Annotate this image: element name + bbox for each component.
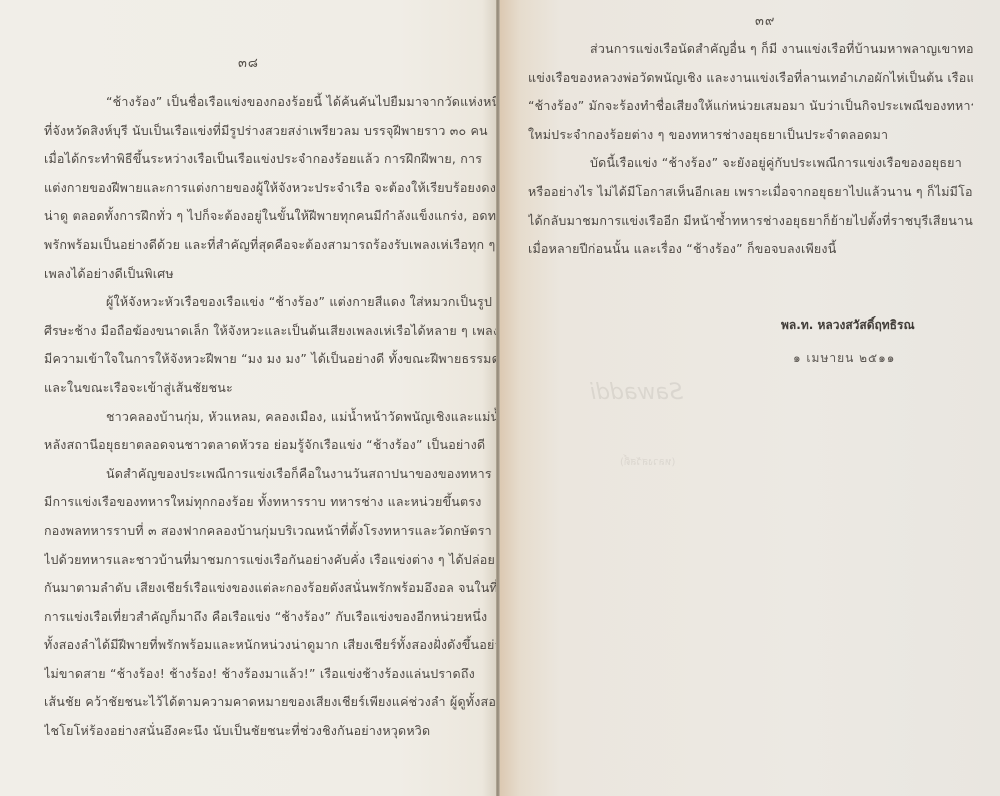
text-line: ศีรษะช้าง มือถือฆ้องขนาดเล็ก ให้จังหวะแล… [44, 317, 496, 346]
text-line: น่าดู ตลอดทั้งการฝึกทั่ว ๆ ไปก็จะต้องอยู… [44, 202, 496, 231]
signature-block: พล.ท. หลวงสวัสดิ์ฤทธิรณ ๑ เมษายน ๒๕๑๑ [781, 316, 915, 368]
signature-date: ๑ เมษายน ๒๕๑๑ [781, 349, 915, 368]
open-book-spread: ๓๘ “ช้างร้อง” เป็นชื่อเรือแข่งของกองร้อย… [0, 0, 1000, 796]
text-line: หรืออย่างไร ไม่ได้มีโอกาสเห็นอีกเลย เพรา… [528, 178, 973, 207]
left-page: ๓๘ “ช้างร้อง” เป็นชื่อเรือแข่งของกองร้อย… [0, 0, 497, 796]
text-line: กองพลทหารราบที่ ๓ สองฟากคลองบ้านกุ่มบริเ… [44, 517, 496, 546]
text-line: มีความเข้าใจในการให้จังหวะฝีพาย “มง มง ม… [44, 345, 496, 374]
text-line: ไม่ขาดสาย “ช้างร้อง! ช้างร้อง! ช้างร้องม… [44, 660, 496, 689]
text-line: กันมาตามลำดับ เสียงเชียร์เรือแข่งของแต่ล… [44, 574, 496, 603]
text-line: มีการแข่งเรือของทหารใหม่ทุกกองร้อย ทั้งท… [44, 488, 496, 517]
text-line: เมื่อหลายปีก่อนนั้น และเรื่อง “ช้างร้อง”… [528, 235, 973, 264]
text-line: แข่งเรือของหลวงพ่อวัดพนัญเชิง และงานแข่ง… [528, 64, 973, 93]
text-line: เมื่อได้กระทำพิธีขึ้นระหว่างเรือเป็นเรือ… [44, 145, 496, 174]
text-line: การแข่งเรือเที่ยวสำคัญก็มาถึง คือเรือแข่… [44, 603, 496, 632]
text-line: เส้นชัย คว้าชัยชนะไว้ได้ตามความคาดหมายขอ… [44, 688, 496, 717]
left-page-body: “ช้างร้อง” เป็นชื่อเรือแข่งของกองร้อยนี้… [44, 88, 496, 746]
text-line: ใหม่ประจำกองร้อยต่าง ๆ ของทหารช่างอยุธยา… [528, 121, 973, 150]
text-line: ผู้ให้จังหวะหัวเรือของเรือแข่ง “ช้างร้อง… [44, 288, 496, 317]
text-line: แต่งกายของฝีพายและการแต่งกายของผู้ให้จัง… [44, 174, 496, 203]
text-line: ได้กลับมาชมการแข่งเรืออีก มีหน้าซ้ำทหารช… [528, 207, 973, 236]
page-number: ๓๘ [238, 52, 259, 73]
text-line: บัดนี้เรือแข่ง “ช้างร้อง” จะยังอยู่คู่กั… [528, 149, 973, 178]
show-through-signature: Sawaddi [590, 380, 683, 405]
page-number: ๓๙ [755, 10, 775, 31]
text-line: ที่จังหวัดสิงห์บุรี นับเป็นเรือแข่งที่มี… [44, 117, 496, 146]
text-line: พรักพร้อมเป็นอย่างดีด้วย และที่สำคัญที่ส… [44, 231, 496, 260]
right-page: ๓๙ ส่วนการแข่งเรือนัดสำคัญอื่น ๆ ก็มี งา… [500, 0, 1000, 796]
right-page-body: ส่วนการแข่งเรือนัดสำคัญอื่น ๆ ก็มี งานแข… [528, 35, 973, 264]
text-line: ไชโยโห่ร้องอย่างสนั่นอึงคะนึง นับเป็นชัย… [44, 717, 496, 746]
author-name: พล.ท. หลวงสวัสดิ์ฤทธิรณ [781, 316, 915, 335]
text-line: และในขณะเรือจะเข้าสู่เส้นชัยชนะ [44, 374, 496, 403]
text-line: “ช้างร้อง” เป็นชื่อเรือแข่งของกองร้อยนี้… [44, 88, 496, 117]
text-line: เพลงได้อย่างดีเป็นพิเศษ [44, 260, 496, 289]
text-line: ไปด้วยทหารและชาวบ้านที่มาชมการแข่งเรือกั… [44, 546, 496, 575]
text-line: หลังสถานีอยุธยาตลอดจนชาวตลาดหัวรอ ย่อมรู… [44, 431, 496, 460]
text-line: ส่วนการแข่งเรือนัดสำคัญอื่น ๆ ก็มี งานแข… [528, 35, 973, 64]
text-line: ชาวคลองบ้านกุ่ม, หัวแหลม, คลองเมือง, แม่… [44, 403, 496, 432]
text-line: ทั้งสองลำได้มีฝีพายที่พรักพร้อมและหนักหน… [44, 631, 496, 660]
text-line: “ช้างร้อง” มักจะร้องทำชื่อเสียงให้แก่หน่… [528, 92, 973, 121]
show-through-caption: (หลวงสวัสดิ์) [620, 455, 675, 470]
text-line: นัดสำคัญของประเพณีการแข่งเรือก็คือในงานว… [44, 460, 496, 489]
